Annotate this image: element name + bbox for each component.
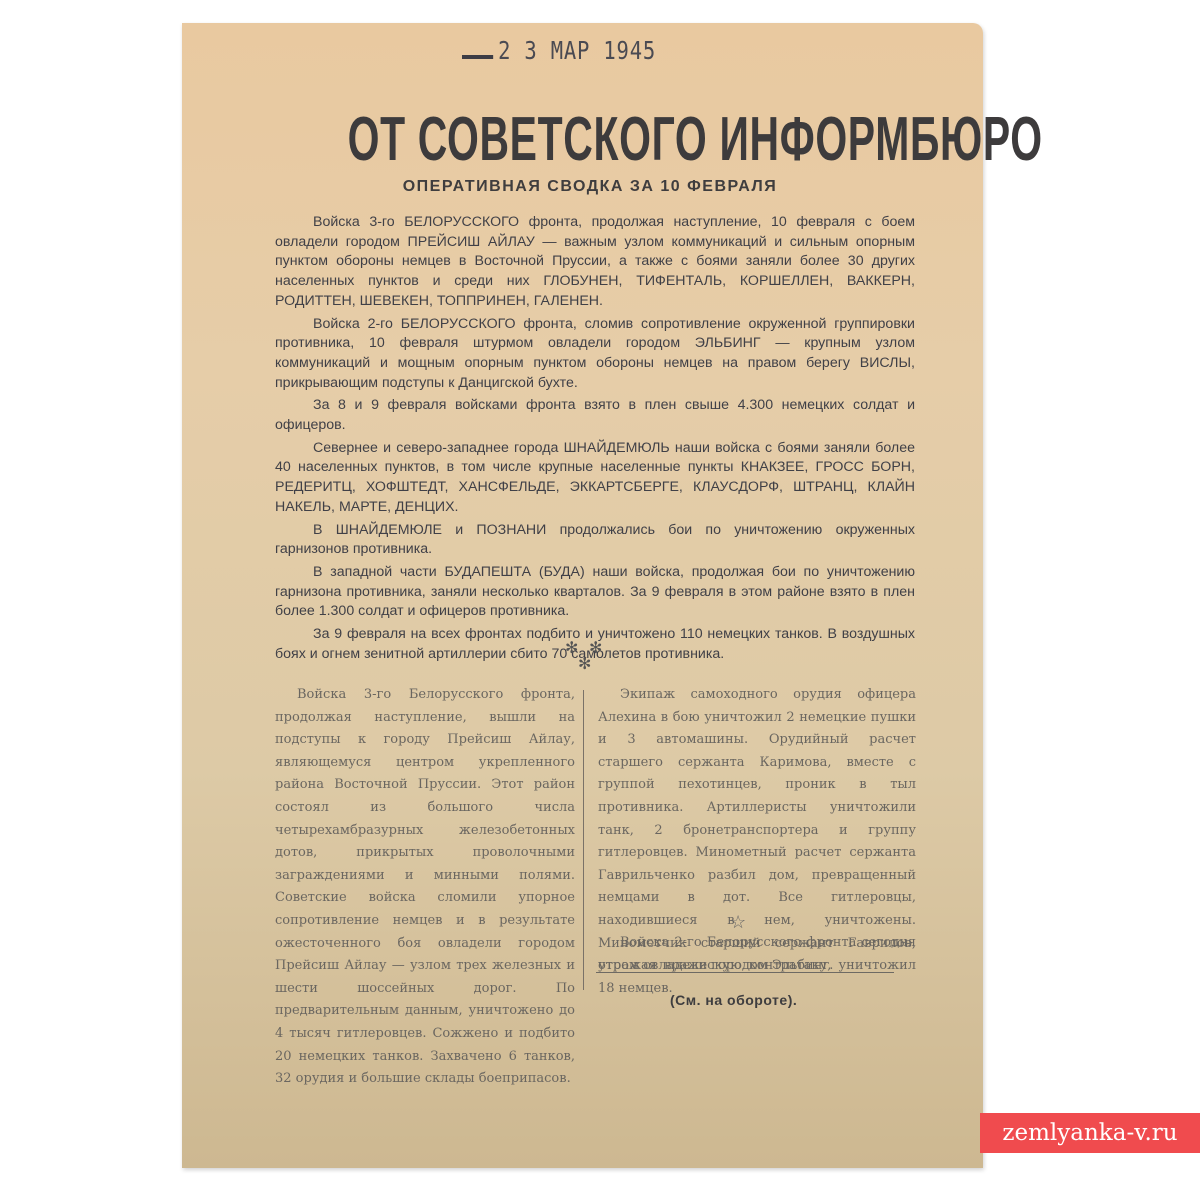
column-divider (583, 690, 584, 990)
stamp-date: 2 3 МАР 1945 (498, 36, 656, 65)
star-icon: ☆ (730, 912, 746, 933)
summary-paragraph: Войска 3-го БЕЛОРУССКОГО фронта, продолж… (275, 213, 915, 312)
summary-paragraph: Войска 2-го БЕЛОРУССКОГО фронта, сломив … (275, 315, 915, 394)
asterisk-icon: ✻ (565, 638, 578, 658)
closing-note: Войска 2-го Белорусского фронта сегодня … (598, 932, 916, 977)
operational-summary: Войска 3-го БЕЛОРУССКОГО фронта, продолж… (275, 213, 915, 667)
asterisk-icon: ✻ (578, 654, 591, 674)
closing-note-text: Войска 2-го Белорусского фронта сегодня … (598, 932, 916, 977)
summary-paragraph: Севернее и северо-западнее города ШНАЙДЕ… (275, 439, 915, 518)
left-column-article: Войска 3-го Белорусского фронта, продолж… (275, 684, 575, 1091)
document-subtitle: ОПЕРАТИВНАЯ СВОДКА ЗА 10 ФЕВРАЛЯ (300, 178, 880, 196)
summary-paragraph: За 8 и 9 февраля войсками фронта взято в… (275, 396, 915, 435)
article-paragraph: Войска 3-го Белорусского фронта, продолж… (275, 684, 575, 1091)
horizontal-rule (596, 972, 894, 973)
site-watermark: zemlyanka-v.ru (980, 1113, 1200, 1153)
stamp-dash (462, 55, 493, 59)
summary-paragraph: В западной части БУДАПЕШТА (БУДА) наши в… (275, 563, 915, 622)
date-stamp: 2 3 МАР 1945 (462, 30, 656, 70)
asterism-separator: ✻ ✻ ✻ (565, 638, 625, 678)
summary-paragraph: В ШНАЙДЕМЮЛЕ и ПОЗНАНИ продолжались бои … (275, 521, 915, 560)
see-reverse-note: (См. на обороте). (670, 992, 797, 1008)
document-title: ОТ СОВЕТСКОГО ИНФОРМБЮРО (348, 104, 797, 175)
